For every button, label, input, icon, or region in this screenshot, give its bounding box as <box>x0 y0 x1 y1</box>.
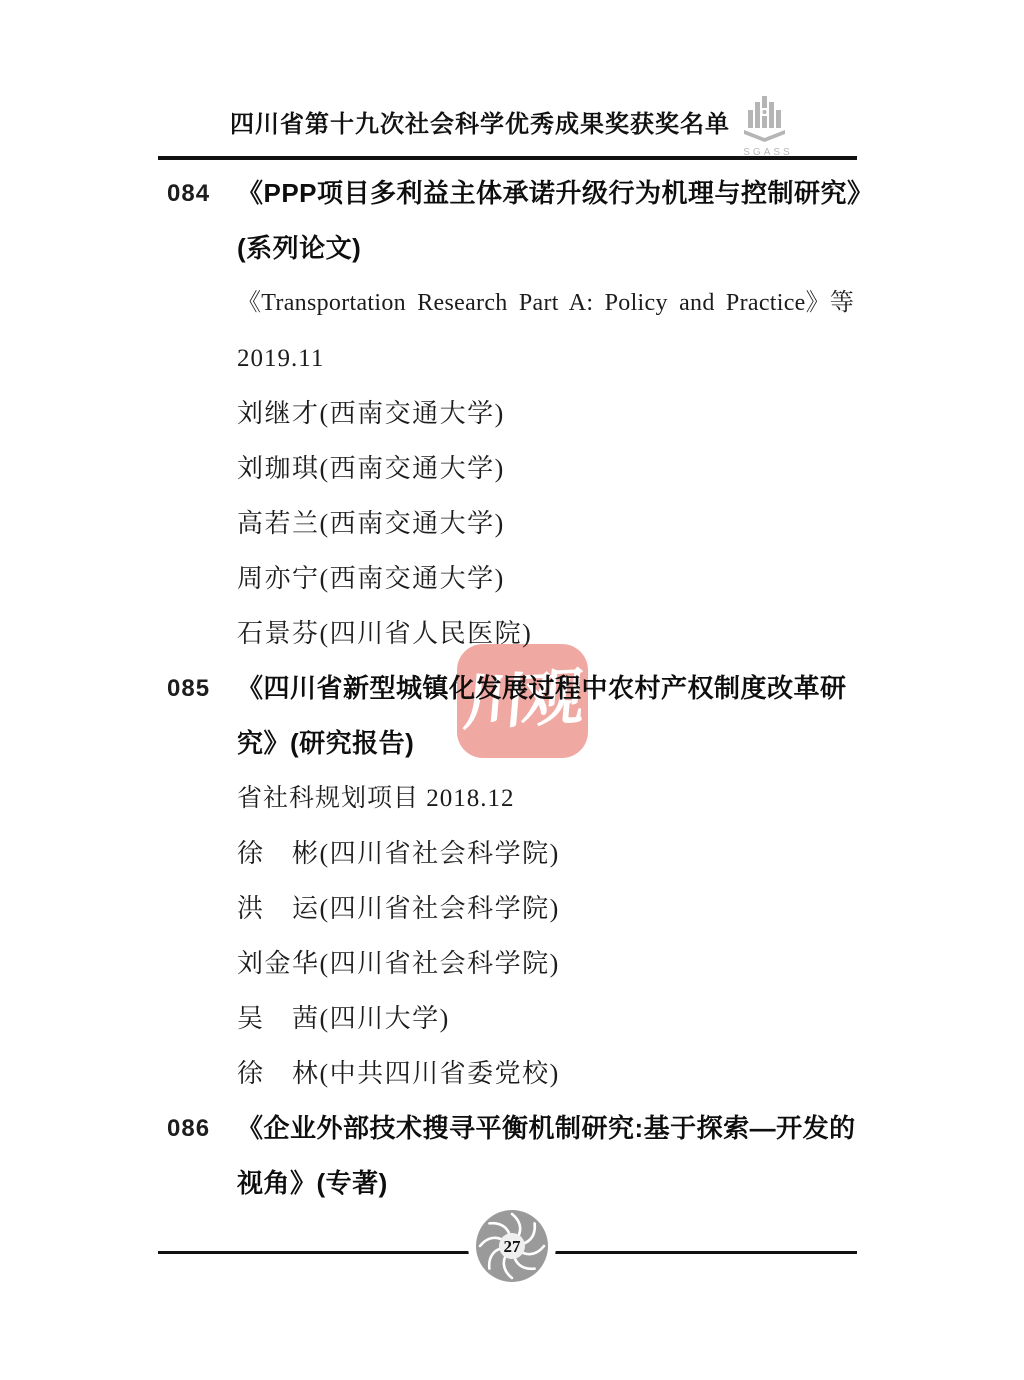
entries-container: 084 《PPP项目多利益主体承诺升级行为机理与控制研究》(系列论文)《Tran… <box>158 166 857 1211</box>
sgass-logo: SGASS <box>736 94 800 158</box>
entry-line: 刘珈琪(西南交通大学) <box>237 441 857 496</box>
entry-line: 徐 林(中共四川省委党校) <box>237 1046 857 1101</box>
entry-line: 刘金华(四川省社会科学院) <box>237 936 857 991</box>
award-entry: 085 《四川省新型城镇化发展过程中农村产权制度改革研究》(研究报告)省社科规划… <box>158 661 857 1101</box>
entry-line: 《四川省新型城镇化发展过程中农村产权制度改革研 <box>237 661 857 716</box>
entry-lines: 《PPP项目多利益主体承诺升级行为机理与控制研究》(系列论文)《Transpor… <box>237 166 857 661</box>
entry-line: 2019.11 <box>237 331 857 386</box>
page-ornament-icon: 27 <box>474 1208 550 1284</box>
entry-lines: 《四川省新型城镇化发展过程中农村产权制度改革研究》(研究报告)省社科规划项目 2… <box>237 661 857 1101</box>
sgass-logo-icon <box>740 94 796 142</box>
entry-line: 吴 茜(四川大学) <box>237 991 857 1046</box>
header-rule <box>158 156 857 160</box>
entry-line: 徐 彬(四川省社会科学院) <box>237 826 857 881</box>
entry-number: 084 <box>167 166 210 221</box>
page-header: 四川省第十九次社会科学优秀成果奖获奖名单 SGASS <box>158 100 857 158</box>
entry-number: 086 <box>167 1101 210 1156</box>
entry-line: 《PPP项目多利益主体承诺升级行为机理与控制研究》 <box>237 166 857 221</box>
page-number: 27 <box>504 1237 522 1256</box>
entry-line: 刘继才(西南交通大学) <box>237 386 857 441</box>
entry-lines: 《企业外部技术搜寻平衡机制研究:基于探索—开发的视角》(专著) <box>237 1101 857 1211</box>
entry-line: 高若兰(西南交通大学) <box>237 496 857 551</box>
entry-line: 洪 运(四川省社会科学院) <box>237 881 857 936</box>
entry-line: 省社科规划项目 2018.12 <box>237 771 857 826</box>
page-title: 四川省第十九次社会科学优秀成果奖获奖名单 <box>158 100 802 156</box>
entry-line: 《企业外部技术搜寻平衡机制研究:基于探索—开发的 <box>237 1101 857 1156</box>
award-entry: 084 《PPP项目多利益主体承诺升级行为机理与控制研究》(系列论文)《Tran… <box>158 166 857 661</box>
award-entry: 086 《企业外部技术搜寻平衡机制研究:基于探索—开发的视角》(专著) <box>158 1101 857 1211</box>
entry-line: 究》(研究报告) <box>237 716 857 771</box>
entry-line: (系列论文) <box>237 221 857 276</box>
entry-line: 周亦宁(西南交通大学) <box>237 551 857 606</box>
entry-line: 视角》(专著) <box>237 1156 857 1211</box>
entry-line: 石景芬(四川省人民医院) <box>237 606 857 661</box>
entry-line: 《Transportation Research Part A: Policy … <box>237 276 857 331</box>
entry-number: 085 <box>167 661 210 716</box>
document-page: 四川省第十九次社会科学优秀成果奖获奖名单 SGASS 川观 084 《PPP项目… <box>0 0 1024 1380</box>
